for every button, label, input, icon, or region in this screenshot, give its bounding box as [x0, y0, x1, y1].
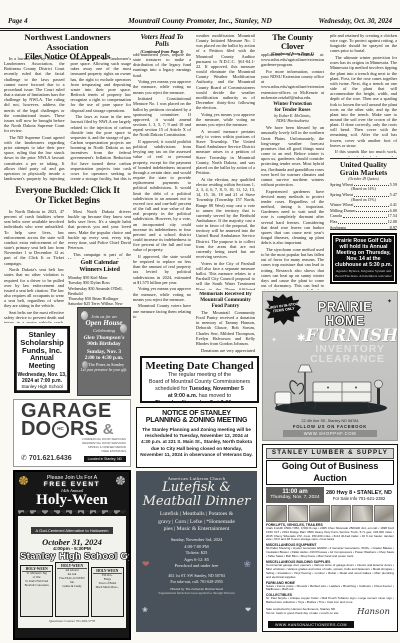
auction-footer: Sale conducted by Hanson Auctioneers, St… [266, 607, 394, 617]
holyween-poster: HOLY-WEEN All Aboard the Ark Free FALL-O… [55, 562, 88, 617]
holyween-free-event: FREE EVENT [15, 481, 129, 488]
auction-section-body: St. Paul bicycle • Antique copper boiler… [266, 597, 394, 605]
clover-paragraph: We have been blessed by an unusually lov… [261, 125, 324, 187]
starburst-badge: HURRY IN IN-STOCK ITEMS ONLY [265, 294, 301, 326]
clover-subhead: Winter Protection for Tender Roses [261, 102, 324, 114]
zoning-notice-ad: NOTICE OF STANLEY PLANNING & ZONING MEET… [136, 407, 257, 468]
scholarship-ad: Stanley Scholarship Funds, Inc. Annual M… [14, 326, 70, 393]
leader-dots [347, 229, 389, 230]
lutefisk-menu-line: gravy | Corn | Lefse | *Homemade [136, 519, 257, 527]
auction-date: Thursday, Nov. 7, 2024 [266, 495, 324, 501]
garage-services-list: COMMERCIAL DOOR SERVICES RESIDENTIAL DOO… [82, 438, 126, 454]
auction-photo [374, 505, 395, 522]
phone-icon: ✆ [21, 454, 27, 462]
auction-section-body: Gates • Fence posts • Shovels • Barbed w… [266, 585, 394, 593]
openhouse-line: 2:00 to 4:30 p.m. [78, 355, 130, 361]
candy-icon [19, 476, 28, 485]
garage-word-doors-row: DO HC RS & [21, 421, 130, 439]
voters-paragraph: Voting yes means you approve the measure… [133, 286, 191, 301]
buckled-paragraph: North Dakota's seat belt law states that… [4, 267, 64, 308]
meeting-change-highlight: at 9:00 a.m. [168, 393, 197, 399]
clover-subhead-line: for Tender Roses [261, 108, 324, 114]
scholarship-line: Annual Meeting [16, 355, 68, 372]
garage-phone-number: 701.621.6436 [29, 455, 72, 462]
golf-winner-list: Monday $50 Kiel Maur Tuesday $50 Dylan R… [68, 275, 131, 305]
buckled-col1: In North Dakota in 2023, 47 percent of c… [4, 209, 64, 323]
header-rule [0, 28, 400, 29]
holyween-poster-row: HOLY-WEEN St. Michael's Tug of War St. P… [20, 565, 124, 617]
auction-photo [288, 505, 309, 522]
lutefisk-time: 4:00-7:00 PM [136, 544, 257, 551]
phf-address: 22 4th Ave SE, Stanley ND 58784 [263, 419, 397, 423]
buckled-paragraph: This campaign is part of the Vision Zero… [68, 252, 131, 259]
balloon-icon [120, 324, 127, 333]
page-date: Wednesday, Oct. 30, 2024 [319, 17, 393, 25]
garage-doors-ad: GARAGE DO HC RS & ✆ 701.621.6436 COMMERC… [13, 399, 131, 467]
auction-photo-strip [266, 505, 394, 522]
buckled-headline-line2: Or Ticket Begins [4, 196, 131, 206]
auction-photo [331, 505, 352, 522]
holyween-footer: Questions: Contact 701-629-5778 [20, 619, 124, 623]
auction-ad: STANLEY LUMBER & SUPPLY Going Out of Bus… [262, 444, 398, 632]
buckled-headline: Everyone Buckled: Click It Or Ticket Beg… [4, 186, 131, 206]
auction-section-body: Commercial garage door openers • Various… [266, 564, 394, 580]
holyween-poster: HOLY-WEEN St. Michael's Tug of War St. P… [20, 565, 53, 617]
auction-photo [266, 505, 287, 522]
voters-col4: weather modification. Mountrail County I… [196, 33, 255, 290]
lutefisk-price: Ages 6-12: $5 [136, 557, 257, 564]
holyween-panel: A God-Centered Alternative to Halloween … [18, 516, 126, 628]
garage-logo-text: HC [57, 427, 64, 431]
meeting-change-line: has moved to [197, 393, 231, 399]
phf-brand-block: PRAIRIE HOME ✱FURNISHINGS INVENTORY CLEA… [297, 300, 393, 365]
buckled-paragraph: Seat belts are the most effective safety… [4, 310, 64, 323]
holyween-poster-line: Booth & Concession [22, 584, 51, 588]
golf-headline: Golf Calendar Winners Listed [68, 260, 131, 274]
leader-dots [343, 217, 387, 218]
buckled-paragraph: Most North Dakota drivers buckle up beca… [68, 209, 131, 250]
openhouse-ad: Join us for an Open House Celebrating Gl… [77, 307, 131, 396]
auction-website-bar: WWW.HANSONAUCTIONEERS.COM [268, 621, 354, 628]
lutefisk-contact: 402 1st ST. SW Stanley, ND 58784 For tak… [136, 573, 257, 585]
zoning-title-line: NOTICE OF STANLEY [140, 410, 253, 417]
nwla-body: In a lawsuit filed by Northwest Landowne… [4, 56, 131, 183]
prairie-rose-sub: Agenda: Bylaws, Irrigation System and Bo… [334, 269, 393, 277]
rosemaling-flower-icon: ❀ [142, 606, 148, 614]
nwla-paragraph: In a lawsuit filed by Northwest Landowne… [4, 56, 65, 133]
meeting-change-ad: Meeting Date Changed The regular meeting… [140, 356, 259, 403]
scholarship-line: Funds, Inc. [16, 347, 68, 355]
lutefisk-price: Tickets: $25 [136, 550, 257, 557]
phf-ad: HURRY IN IN-STOCK ITEMS ONLY ✦ ✦ ✦ PRAIR… [262, 291, 398, 441]
leader-dots [356, 211, 388, 212]
phf-website: WWW.SHOPPHF.COM [304, 431, 357, 436]
meeting-change-body: The regular meeting of the Board of Moun… [142, 372, 257, 403]
meeting-change-highlight: Tuesday, November 5 [189, 386, 244, 392]
voters-col3: odd-numbered years, require the state tr… [133, 52, 191, 352]
garage-word-doors: DO [21, 421, 51, 439]
prairie-rose-ad: Prairie Rose Golf Club will hold its Ann… [330, 233, 397, 284]
auction-section: MISCELLANEOUS EQUIPMENT 60-Pallet Shelvi… [266, 543, 394, 559]
nwla-headline-line1: Northwest Landowners Association [4, 33, 131, 52]
grain-name: Spring Wheat [330, 182, 353, 188]
garage-word-doors: RS [70, 421, 98, 439]
auction-section: FARM AND HOME Gates • Fence posts • Shov… [266, 581, 394, 593]
auction-location: 280 Hwy 8 • STANLEY, ND [324, 490, 394, 496]
meeting-change-line: The regular meeting of the [168, 372, 231, 378]
auction-footer-line: Terms: Cash or good check day of sale • … [266, 612, 357, 616]
zoning-notice-body: The Stanley Planning and Zoning meeting … [140, 427, 253, 459]
garage-phone-row: ✆ 701.621.6436 [21, 454, 72, 462]
leader-dots [338, 223, 386, 224]
auction-location-box: 280 Hwy 8 • STANLEY, ND For Sale Info 70… [324, 490, 394, 501]
voters-paragraph: Voting yes means you approve the measure… [196, 112, 255, 127]
grain-markets-title: United Quality Grain Markets [330, 161, 397, 177]
lutefisk-date: Sunday, November 3rd, 2024 [136, 537, 257, 544]
rosemaling-heart-icon: ❤ [142, 559, 150, 570]
rosemaling-heart-icon: ❤ [245, 606, 251, 614]
clover-col6: pile and retained by creating a chicken … [330, 33, 397, 157]
garage-service-line: FREE ESTIMATES [82, 450, 126, 454]
holyween-poster-line: Games & Candy [57, 585, 86, 589]
prairie-rose-main: Prairie Rose Golf Club will hold its Ann… [334, 238, 393, 268]
clover-paragraph: applications are available at: www.ndsu.… [261, 52, 324, 67]
scholarship-line: Board Room [16, 390, 68, 393]
lutefisk-thrivent: Supplemental funds have been applied for… [136, 591, 257, 595]
auction-section: MISCELLANEOUS BUILDING SUPPLIES Commerci… [266, 560, 394, 580]
memorials-headline: Memorials Received By Mountrail Communit… [196, 292, 255, 309]
grain-markets: United Quality Grain Markets (October 29… [330, 158, 397, 230]
voters-headline-text: Voters Head To Polls [133, 34, 191, 49]
auction-photo [352, 505, 373, 522]
clover-paragraph: pile and retained by creating a chicken … [330, 33, 397, 54]
garage-ampersand: & [103, 423, 114, 436]
auction-sale-info: For Sale Info 701-621-2382 [324, 496, 394, 501]
auction-section-body: Clark Forklift C500-Y350, 3,500 lb cap •… [266, 527, 394, 543]
voters-paragraph: Voters in the City of Parshall will also… [196, 261, 255, 290]
memorials-paragraph: The Mountrail Community Food Pantry rece… [196, 310, 255, 346]
voters-paragraph: Voting yes means you approve the measure… [133, 79, 191, 94]
grain-name: Spring Wheat [330, 192, 353, 198]
lutefisk-details: Sunday, November 3rd, 2024 4:00-7:00 PM … [136, 537, 257, 570]
voters-paragraph: If approved, it would prohibit political… [133, 139, 191, 252]
auction-title-box: Going Out of Business Auction [266, 460, 394, 485]
candy-icon [116, 476, 125, 485]
meeting-change-line: Board of Mountrail County Commissioners [149, 379, 250, 385]
header-rule-2 [0, 30, 400, 31]
grain-value: 5.59 [390, 182, 397, 188]
memorials-body: The Mountrail Community Food Pantry rece… [196, 310, 255, 354]
auctioneer-signature: Hanson [357, 607, 394, 617]
clover-byline-line: NDSU Horticulturist [261, 119, 324, 124]
openhouse-honoree: Glen Thompson's [78, 335, 130, 341]
clover-headline-text: The County Clover [261, 33, 324, 51]
voters-paragraph: weather modification. Mountrail County I… [196, 33, 255, 110]
bunting-decoration [18, 510, 126, 514]
holyween-poster-line: Much Much More... [93, 586, 122, 590]
clover-col5: applications are available at: www.ndsu.… [261, 52, 324, 290]
balloon-icon [82, 361, 88, 369]
memorials-paragraph: Donations are very appreciated and may b… [196, 348, 255, 354]
voters-paragraph: If approved, the state would be required… [133, 254, 191, 285]
lutefisk-ad: ❤ ❀ ❀ ❤ American Lutheran Church Lutefis… [136, 471, 257, 632]
auction-store-bar: STANLEY LUMBER & SUPPLY [266, 448, 394, 459]
voters-paragraph: odd-numbered years, require the state tr… [133, 52, 191, 78]
clover-byline: by Esther E. McGinnis, NDSU Horticulturi… [261, 114, 324, 123]
grain-value: 5.47 [390, 192, 397, 198]
golf-headline-line2: Winners Listed [68, 267, 131, 274]
sparkle-icon: ✦ [271, 336, 277, 344]
zoning-title-line: PLANNING & ZONING MEETING [140, 417, 253, 424]
grain-value: 8.97 [390, 225, 397, 230]
meeting-change-highlight: Thursday, November 7 at 2:00 p.m. [155, 400, 244, 403]
lutefisk-menu-line: pies | Music & Entertainment [136, 526, 257, 534]
phf-facebook: FOLLOW US ON FACEBOOK [263, 424, 397, 429]
memorials-headline-line: Food Pantry [196, 304, 255, 310]
clover-paragraph: For more information, contact your NDSU … [261, 69, 324, 100]
grain-markets-title-line: Grain Markets [330, 169, 397, 177]
clover-paragraph: If this sounds like too much work, you c… [330, 149, 397, 157]
voters-paragraph: Mountrail County voters have one measure… [133, 303, 191, 318]
garage-location-badge: Located in Stanley, ND [84, 456, 126, 462]
holyween-title: Holy-Ween [15, 493, 129, 509]
auction-info-row: 11:00 am Thursday, Nov. 7, 2024 280 Hwy … [266, 487, 394, 502]
lutefisk-price: Preschool and under free [136, 563, 257, 570]
lutefisk-title-line2: Meatball Dinner [136, 495, 257, 509]
auction-time-box: 11:00 am Thursday, Nov. 7, 2024 [266, 487, 324, 502]
clover-paragraph: The styrofoam cone method used to be the… [261, 247, 324, 290]
leader-dots [354, 185, 389, 186]
prairie-rose-inner: Prairie Rose Golf Club will hold its Ann… [332, 235, 395, 282]
furniture-illustration [267, 364, 395, 416]
meeting-change-title: Meeting Date Changed [142, 360, 257, 372]
lutefisk-title-line1: Lutefisk & [136, 481, 257, 495]
auction-section: FORKLIFTS, VEHICLES, TRAILERS Clark Fork… [266, 523, 394, 543]
holyween-ad: Please Join Us For A FREE EVENT 14th Ann… [13, 470, 131, 640]
leader-dots [354, 196, 389, 197]
holyween-date: October 31, 2024 [20, 537, 124, 547]
holyween-poster: HOLY-WEEN F.R.O.G. Flings Tower of Babel… [91, 567, 124, 617]
lutefisk-menu-line: Lutefisk | Meatballs | Potatoes & [136, 511, 257, 519]
phf-brand-line1: PRAIRIE HOME [297, 300, 393, 328]
balloon-icon [81, 311, 88, 320]
holyween-ribbon: A God-Centered Alternative to Halloween [31, 527, 114, 534]
voters-paragraph: At the election, any qualified elector r… [196, 177, 255, 260]
lutefisk-menu: Lutefisk | Meatballs | Potatoes & gravy … [136, 511, 257, 534]
buckled-paragraph: In North Dakota in 2023, 47 percent of c… [4, 209, 64, 266]
zoning-notice-title: NOTICE OF STANLEY PLANNING & ZONING MEET… [140, 410, 253, 425]
auction-website: WWW.HANSONAUCTIONEERS.COM [275, 623, 347, 627]
auction-section-body: 60-Pallet Shelving • Hyster Generator EM… [266, 547, 394, 559]
leader-dots [354, 206, 388, 207]
meeting-change-line: scheduled for [155, 386, 189, 392]
rosemaling-flower-icon: ❀ [243, 559, 251, 570]
voters-paragraph: A second measure pertains only to voters… [196, 129, 255, 175]
grain-name: Soybeans [330, 225, 346, 230]
garage-logo-circle: HC [52, 421, 69, 438]
voters-paragraph: Initiated Constitutional Measure No. 1 w… [133, 96, 191, 137]
golf-winner: Saturday $25 Terry Wilbur, New Town [68, 301, 131, 305]
phf-website-bar: WWW.SHOPPHF.COM [283, 430, 377, 437]
grain-row: Soybeans8.97 [330, 225, 397, 230]
clover-paragraph: Experienced gardeners have devised many … [261, 189, 324, 246]
lutefisk-takeout: For take-out, call: 701-628-2950 [136, 579, 257, 585]
clover-paragraph: The ultimate winter protection for roses… [330, 55, 397, 148]
golf-winner: Wednesday $50 Amanda O'Dell, Berthold [68, 286, 131, 297]
buckled-col2: Most North Dakota drivers buckle up beca… [68, 209, 131, 259]
openhouse-line: 90th Birthday [78, 341, 130, 347]
garage-wordmark: GARAGE DO HC RS & [14, 400, 130, 438]
auction-section: COLLECTIBLES St. Paul bicycle • Antique … [266, 593, 394, 605]
auction-photo [309, 505, 330, 522]
